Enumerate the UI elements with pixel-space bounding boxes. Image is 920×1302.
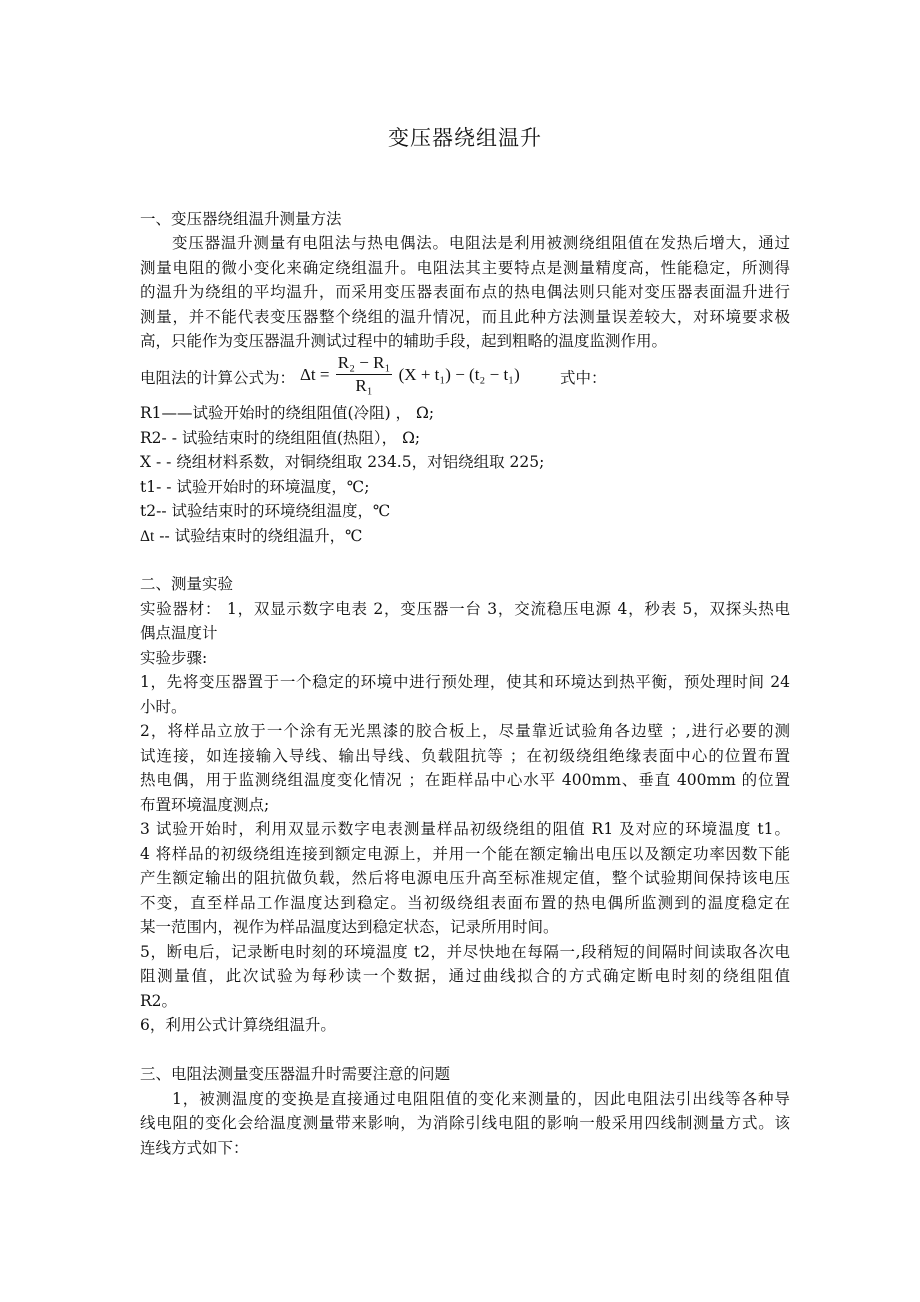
step-line: 小时。 — [140, 695, 187, 719]
step-line: 某一范围内，视作为样品温度达到稳定状态，记录所用时间。 — [140, 915, 559, 939]
step-line: 产生额定输出的阻抗做负载，然后将电源电压升高至标准规定值，整个试验期间保持该电压 — [140, 866, 790, 890]
definition-t1: t1- - 试验开始时的环境温度，℃; — [140, 475, 369, 499]
delta-t-symbol: Δt — [140, 528, 154, 545]
definition-t2: t2-- 试验结束时的环境绕组温度，℃ — [140, 499, 390, 523]
step-line: 不变，直至样品工作温度达到稳定。当初级绕组表面布置的热电偶所监测到的温度稳定在 — [140, 891, 790, 915]
step-line: 6，利用公式计算绕组温升。 — [140, 1013, 336, 1037]
definition-r2: R2- - 试验结束时的绕组阻值(热阻）， Ω; — [140, 426, 420, 450]
section-1-para-line: 测量，并不能代表变压器整个绕组的温升情况，而且此种方法测量误差较大，对环境要求极 — [140, 305, 790, 329]
section-2-heading: 二、测量实验 — [140, 572, 233, 596]
formula-rest: (X + t₁) − (t₂ − t₁) — [399, 365, 520, 385]
formula-fraction: R₂ − R₁ R₁ — [336, 352, 393, 397]
formula-tail: 式中： — [560, 366, 607, 388]
equipment-line: 偶点温度计 — [140, 621, 218, 645]
step-line: 5，断电后，记录断电时刻的环境温度 t2，并尽快地在每隔一,段稍短的间隔时间读取… — [140, 940, 790, 964]
formula-expression: Δt = R₂ − R₁ R₁ (X + t₁) − (t₂ − t₁) — [300, 352, 520, 397]
section-1-para-line: 变压器温升测量有电阻法与热电偶法。电阻法是利用被测绕组阻值在发热后增大，通过 — [140, 231, 790, 255]
definition-delta-t: Δt -- 试验结束时的绕组温升，℃ — [140, 524, 362, 549]
delta-t-text: -- 试验结束时的绕组温升，℃ — [154, 527, 362, 545]
step-line: 2，将样品立放于一个涂有无光黑漆的胶合板上，尽量靠近试验角各边壁 ；,进行必要的… — [140, 719, 790, 743]
section-3-heading: 三、电阻法测量变压器温升时需要注意的问题 — [140, 1062, 450, 1086]
formula-denominator: R₁ — [336, 375, 393, 397]
step-line: 热电偶，用于监测绕组温度变化情况 ；在距样品中心水平 400mm、垂直 400m… — [140, 768, 790, 792]
section-1-para-line: 的温升为绕组的平均温升，而采用变压器表面布点的热电偶法则只能对变压器表面温升进行 — [140, 280, 790, 304]
step-line: 1，先将变压器置于一个稳定的环境中进行预处理，使其和环境达到热平衡，预处理时间 … — [140, 670, 790, 694]
equipment-line: 实验器材： 1，双显示数字电表 2，变压器一台 3，交流稳压电源 4，秒表 5，… — [140, 597, 790, 621]
formula-lhs: Δt = — [300, 365, 330, 385]
steps-label: 实验步骤: — [140, 646, 207, 670]
section-3-para-line: 1，被测温度的变换是直接通过电阻阻值的变化来测量的，因此电阻法引出线等各种导 — [140, 1087, 790, 1111]
formula-numerator: R₂ − R₁ — [336, 352, 393, 375]
definition-r1: R1——试验开始时的绕组阻值(冷阻) ， Ω; — [140, 401, 434, 425]
section-3-para-line: 连线方式如下： — [140, 1136, 249, 1160]
step-line: 试连接，如连接输入导线、输出导线、负载阻抗等 ；在初级绕组绝缘表面中心的位置布置 — [140, 744, 790, 768]
step-line: 4 将样品的初级绕组连接到额定电源上，并用一个能在额定输出电压以及额定功率因数下… — [140, 842, 790, 866]
step-line: R2。 — [140, 989, 177, 1013]
step-line: 布置环境温度测点; — [140, 793, 269, 817]
section-1-heading: 一、变压器绕组温升测量方法 — [140, 207, 342, 231]
document-title: 变压器绕组温升 — [140, 122, 790, 152]
definition-x: X - - 绕组材料系数，对铜绕组取 234.5，对铝绕组取 225; — [140, 450, 544, 474]
section-1-para-line: 测量电阻的微小变化来确定绕组温升。电阻法其主要特点是测量精度高，性能稳定，所测得 — [140, 256, 790, 280]
section-1-para-line: 高，只能作为变压器温升测试过程中的辅助手段，起到粗略的温度监测作用。 — [140, 329, 667, 353]
section-3-para-line: 线电阻的变化会给温度测量带来影响，为消除引线电阻的影响一般采用四线制测量方式。该 — [140, 1111, 790, 1135]
step-line: 阻测量值，此次试验为每秒读一个数据，通过曲线拟合的方式确定断电时刻的绕组阻值 — [140, 964, 790, 988]
formula-label: 电阻法的计算公式为： — [140, 366, 295, 388]
step-line: 3 试验开始时，利用双显示数字电表测量样品初级绕组的阻值 R1 及对应的环境温度… — [140, 817, 790, 841]
